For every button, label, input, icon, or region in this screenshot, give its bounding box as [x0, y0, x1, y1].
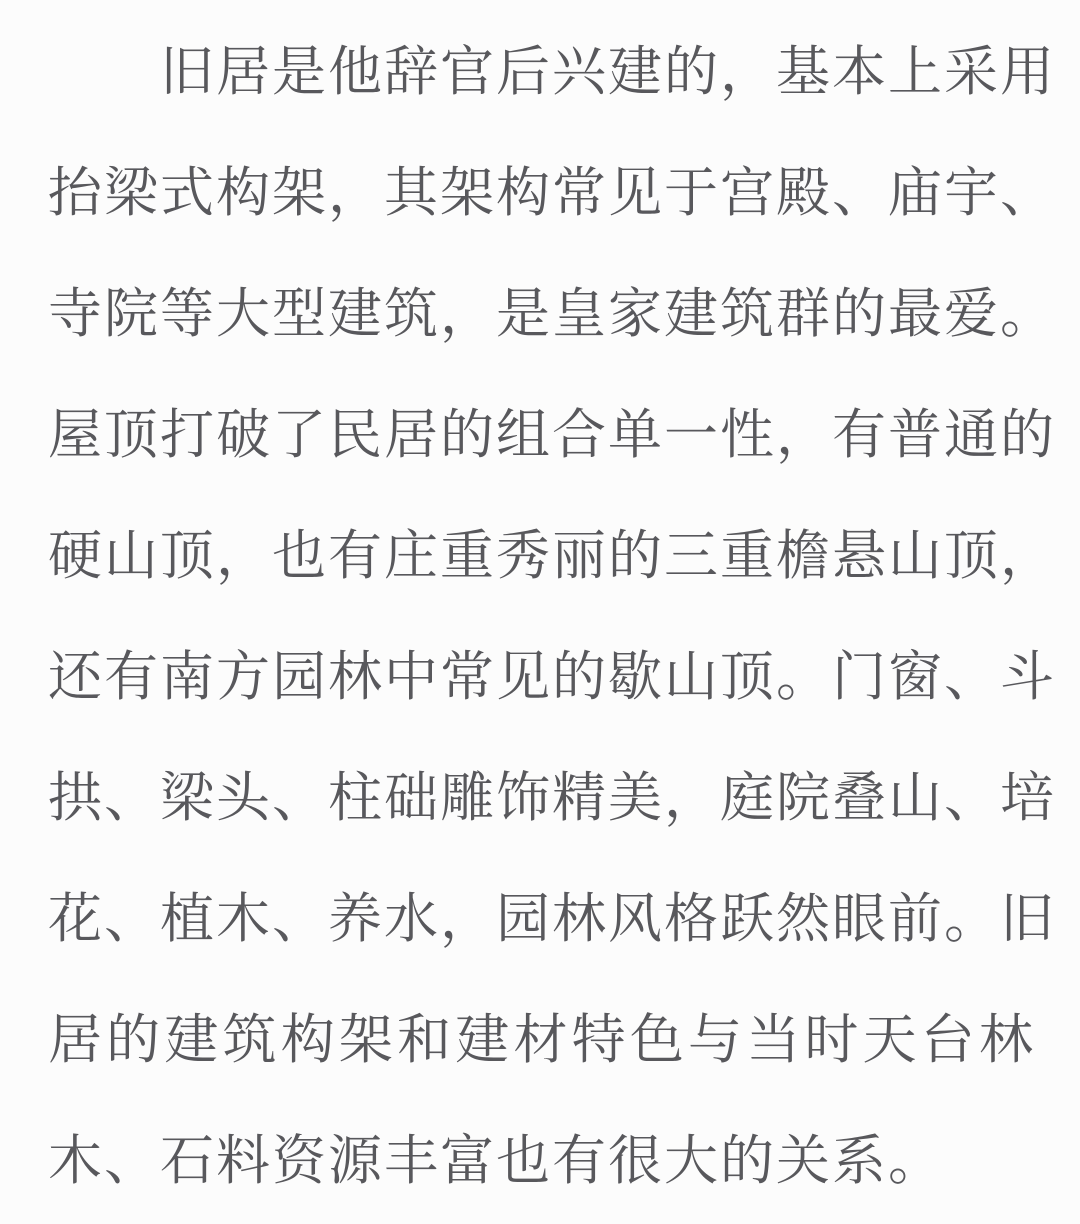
text-line: 屋顶打破了民居的组合单一性，有普通的	[48, 375, 1035, 496]
document-page: 旧居是他辞官后兴建的，基本上采用 抬梁式构架，其架构常见于宫殿、庙宇、 寺院等大…	[0, 0, 1080, 1224]
text-line: 拱、梁头、柱础雕饰精美，庭院叠山、培	[48, 738, 1035, 859]
text-line: 硬山顶，也有庄重秀丽的三重檐悬山顶，	[48, 496, 1035, 617]
article-paragraph: 旧居是他辞官后兴建的，基本上采用 抬梁式构架，其架构常见于宫殿、庙宇、 寺院等大…	[48, 12, 1035, 1222]
text-line: 花、植木、养水，园林风格跃然眼前。旧	[48, 859, 1035, 980]
text-line: 还有南方园林中常见的歇山顶。门窗、斗	[48, 617, 1035, 738]
text-line: 居的建筑构架和建材特色与当时天台林	[48, 980, 1035, 1101]
text-line: 木、石料资源丰富也有很大的关系。	[48, 1101, 1035, 1222]
text-line: 寺院等大型建筑，是皇家建筑群的最爱。	[48, 254, 1035, 375]
text-line: 抬梁式构架，其架构常见于宫殿、庙宇、	[48, 133, 1035, 254]
text-line: 旧居是他辞官后兴建的，基本上采用	[48, 12, 1035, 133]
